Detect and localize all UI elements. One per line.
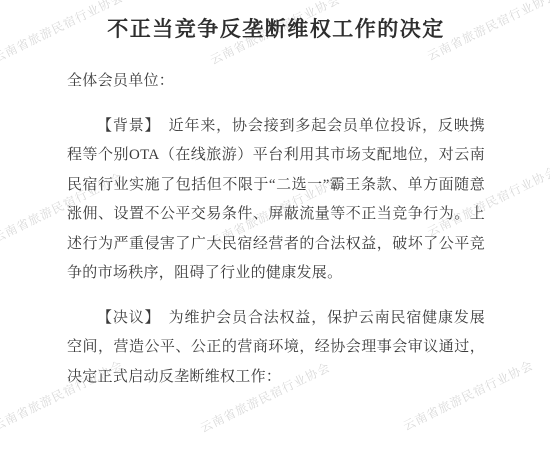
paragraph-text: 近年来，协会接到多起会员单位投诉，反映携程等个别OTA（在线旅游）平台利用其市场…: [67, 118, 485, 282]
paragraph-label: 【背景】: [97, 118, 160, 134]
document-body: 全体会员单位： 【背景】近年来，协会接到多起会员单位投诉，反映携程等个别OTA（…: [67, 67, 485, 392]
document-content: 不正当竞争反垄断维权工作的决定 全体会员单位： 【背景】近年来，协会接到多起会员…: [0, 0, 550, 392]
document-page: 云南省旅游民宿行业协会 云南省旅游民宿行业协会 云南省旅游民宿行业协会 云南省旅…: [0, 0, 550, 450]
paragraph-background: 【背景】近年来，协会接到多起会员单位投诉，反映携程等个别OTA（在线旅游）平台利…: [67, 112, 485, 289]
salutation: 全体会员单位：: [67, 67, 485, 97]
paragraph-label: 【决议】: [97, 310, 160, 326]
paragraph-resolution: 【决议】为维护会员合法权益，保护云南民宿健康发展空间，营造公平、公正的营商环境，…: [67, 304, 485, 393]
document-title: 不正当竞争反垄断维权工作的决定: [67, 12, 485, 46]
